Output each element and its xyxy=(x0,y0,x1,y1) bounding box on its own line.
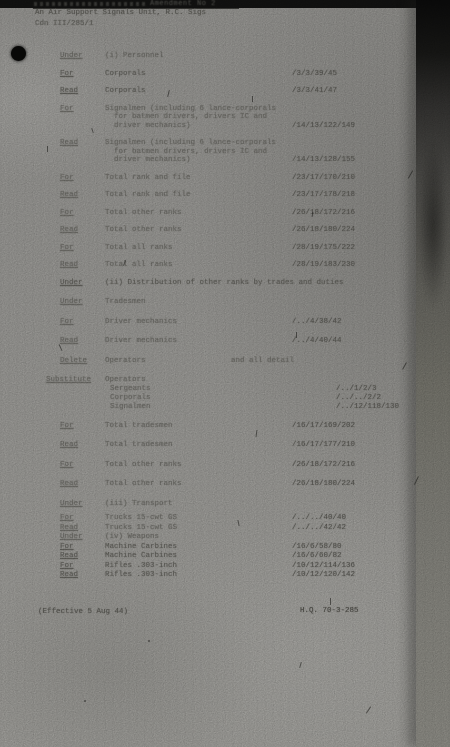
row-text: Tradesmen xyxy=(105,298,146,307)
row-keyword: Under xyxy=(60,279,105,288)
amendment-row-list: Under(i) PersonnelForCorporals/3/3/39/45… xyxy=(60,52,440,581)
row-value: /../../40/40 xyxy=(292,514,346,523)
row-text: Machine Carbines xyxy=(105,543,177,552)
doc-row: ReadRifles .303-inch/10/12/120/142 xyxy=(60,571,440,580)
doc-row: ReadTotal other ranks/26/18/180/224 xyxy=(60,226,440,235)
row-keyword: For xyxy=(60,514,105,523)
row-value: /23/17/178/218 xyxy=(292,191,355,200)
doc-row: ForRifles .303-inch/10/12/114/136 xyxy=(60,562,440,571)
punch-hole-dot xyxy=(11,46,26,61)
doc-row: ForTotal all ranks/28/19/175/222 xyxy=(60,244,440,253)
row-keyword: Under xyxy=(60,298,105,307)
row-text: Driver mechanics xyxy=(105,318,177,327)
doc-row: ReadCorporals/3/3/41/47 xyxy=(60,87,440,96)
doc-row: Under(iii) Transport xyxy=(60,500,440,509)
cutoff-header-line: Amendment No 2 xyxy=(150,0,216,8)
row-keyword: For xyxy=(60,422,105,431)
doc-row: Under(i) Personnel xyxy=(60,52,440,61)
row-text: Corporals xyxy=(110,394,151,403)
row-keyword: Read xyxy=(60,524,105,533)
row-text: Total other ranks xyxy=(105,480,182,489)
reference-number-line: Cdn III/285/1 xyxy=(35,20,94,29)
row-keyword: For xyxy=(60,543,105,552)
doc-row: ForDriver mechanics/../4/38/42 xyxy=(60,318,440,327)
row-keyword: Under xyxy=(60,52,105,61)
row-keyword: For xyxy=(60,461,105,470)
row-value: /16/17/169/202 xyxy=(292,422,355,431)
row-text: Total other ranks xyxy=(105,209,182,218)
doc-row: UnderTradesmen xyxy=(60,298,440,307)
doc-row: Signalmen/../12/118/130 xyxy=(60,403,440,412)
row-value: /../../42/42 xyxy=(292,524,346,533)
row-keyword: Delete xyxy=(60,357,105,366)
row-keyword: Read xyxy=(60,87,105,96)
row-value: /../12/118/130 xyxy=(336,403,399,412)
top-edge-bar: Amendment No 2 xyxy=(0,0,418,8)
doc-row: ForTotal tradesmen/16/17/169/202 xyxy=(60,422,440,431)
scratch-mark xyxy=(47,146,48,152)
row-text: Trucks 15-cwt GS xyxy=(105,514,177,523)
row-keyword: Read xyxy=(60,226,105,235)
row-value: /26/18/180/224 xyxy=(292,226,355,235)
row-value: /../1/2/3 xyxy=(336,385,377,394)
right-edge-blotch xyxy=(418,140,448,310)
row-value: /../4/38/42 xyxy=(292,318,342,327)
scanned-document-page: Amendment No 2 An Air Support Signals Un… xyxy=(0,0,450,747)
row-value: /28/19/175/222 xyxy=(292,244,355,253)
row-keyword: Under xyxy=(60,533,105,542)
row-value: /23/17/170/210 xyxy=(292,174,355,183)
doc-row: ForMachine Carbines/16/6/58/80 xyxy=(60,543,440,552)
row-value: /3/3/39/45 xyxy=(292,70,337,79)
row-value: /../../2/2 xyxy=(336,394,381,403)
doc-row: ReadSignalmen (including 6 lance-corpora… xyxy=(60,139,440,165)
row-keyword: Substitute xyxy=(46,376,105,385)
row-text: Rifles .303-inch xyxy=(105,562,177,571)
row-text: Total tradesmen xyxy=(105,441,173,450)
row-text: Signalmen (including 6 lance-corporals f… xyxy=(105,105,276,131)
row-text: Total all ranks xyxy=(105,261,173,270)
doc-row: ReadMachine Carbines/16/6/60/82 xyxy=(60,552,440,561)
row-text: Corporals xyxy=(105,87,146,96)
doc-row: ForCorporals/3/3/39/45 xyxy=(60,70,440,79)
row-text: (i) Personnel xyxy=(105,52,164,61)
footer-file-number: H.Q. 70-3-285 xyxy=(300,607,359,615)
row-keyword: Read xyxy=(60,139,105,148)
row-value: /3/3/41/47 xyxy=(292,87,337,96)
row-keyword: For xyxy=(60,105,105,114)
row-keyword: Read xyxy=(60,261,105,270)
row-text: Signalmen (including 6 lance-corporals f… xyxy=(105,139,276,165)
doc-row: Under(ii) Distribution of other ranks by… xyxy=(60,279,440,288)
row-text: Corporals xyxy=(105,70,146,79)
scratch-mark xyxy=(299,662,302,668)
doc-row: Corporals/../../2/2 xyxy=(60,394,440,403)
row-text: Total all ranks xyxy=(105,244,173,253)
scratch-mark xyxy=(366,706,371,713)
row-text: Total tradesmen xyxy=(105,422,173,431)
doc-row: ForSignalmen (including 6 lance-corporal… xyxy=(60,105,440,131)
doc-row: ForTotal rank and file/23/17/170/210 xyxy=(60,174,440,183)
doc-row: ReadTotal other ranks/26/18/180/224 xyxy=(60,480,440,489)
doc-row: ReadTotal all ranks/28/19/183/230 xyxy=(60,261,440,270)
doc-row: ForTotal other ranks/26/18/172/216 xyxy=(60,209,440,218)
row-keyword: For xyxy=(60,70,105,79)
doc-row: Under(iv) Weapons xyxy=(60,533,440,542)
row-value: /16/6/58/80 xyxy=(292,543,342,552)
row-keyword: For xyxy=(60,318,105,327)
doc-row: Sergeants/../1/2/3 xyxy=(60,385,440,394)
row-text: Machine Carbines xyxy=(105,552,177,561)
row-keyword: Read xyxy=(60,552,105,561)
row-keyword: Read xyxy=(60,441,105,450)
right-photo-edge xyxy=(416,0,450,747)
row-value: /26/18/180/224 xyxy=(292,480,355,489)
row-text: Driver mechanics xyxy=(105,337,177,346)
row-keyword: For xyxy=(60,174,105,183)
row-text: Total other ranks xyxy=(105,226,182,235)
doc-row: ForTotal other ranks/26/18/172/216 xyxy=(60,461,440,470)
row-keyword: Read xyxy=(60,337,105,346)
row-text: Operators and all detail xyxy=(105,357,294,366)
row-value: /28/19/183/230 xyxy=(292,261,355,270)
illegible-text-smudge xyxy=(34,2,146,6)
row-value: /14/13/122/149 xyxy=(292,122,355,131)
row-text: Operators xyxy=(105,376,146,385)
footer-effective-date: (Effective 5 Aug 44) xyxy=(38,608,128,616)
doc-row: DeleteOperators and all detail xyxy=(60,357,440,366)
row-keyword: Read xyxy=(60,191,105,200)
row-text: Trucks 15-cwt GS xyxy=(105,524,177,533)
row-value: /../4/40/44 xyxy=(292,337,342,346)
doc-row: ReadTotal tradesmen/16/17/177/210 xyxy=(60,441,440,450)
row-value: /26/18/172/216 xyxy=(292,209,355,218)
doc-row: ReadDriver mechanics/../4/40/44 xyxy=(60,337,440,346)
speck xyxy=(84,700,86,702)
speck xyxy=(148,640,150,642)
row-value: /16/6/60/82 xyxy=(292,552,342,561)
row-keyword: Read xyxy=(60,480,105,489)
doc-row: ReadTrucks 15-cwt GS/../../42/42 xyxy=(60,524,440,533)
row-text: (iv) Weapons xyxy=(105,533,159,542)
row-text: (ii) Distribution of other ranks by trad… xyxy=(105,279,344,288)
doc-row: ForTrucks 15-cwt GS/../../40/40 xyxy=(60,514,440,523)
row-text: Total rank and file xyxy=(105,191,191,200)
doc-row: ReadTotal rank and file/23/17/178/218 xyxy=(60,191,440,200)
row-keyword: Read xyxy=(60,571,105,580)
row-text: Total rank and file xyxy=(105,174,191,183)
unit-title-line: An Air Support Signals Unit, R.C. Sigs xyxy=(35,9,206,18)
row-text: Total other ranks xyxy=(105,461,182,470)
row-text: Signalmen xyxy=(110,403,151,412)
row-value: /10/12/114/136 xyxy=(292,562,355,571)
scratch-mark xyxy=(330,598,331,605)
row-keyword: For xyxy=(60,209,105,218)
row-text: (iii) Transport xyxy=(105,500,173,509)
row-value: /14/13/128/155 xyxy=(292,156,355,165)
row-keyword: Under xyxy=(60,500,105,509)
row-keyword: For xyxy=(60,244,105,253)
row-keyword: For xyxy=(60,562,105,571)
row-value: /16/17/177/210 xyxy=(292,441,355,450)
row-value: /26/18/172/216 xyxy=(292,461,355,470)
row-text: Rifles .303-inch xyxy=(105,571,177,580)
doc-row: SubstituteOperators xyxy=(60,376,440,385)
row-value: /10/12/120/142 xyxy=(292,571,355,580)
row-text: Sergeants xyxy=(110,385,151,394)
